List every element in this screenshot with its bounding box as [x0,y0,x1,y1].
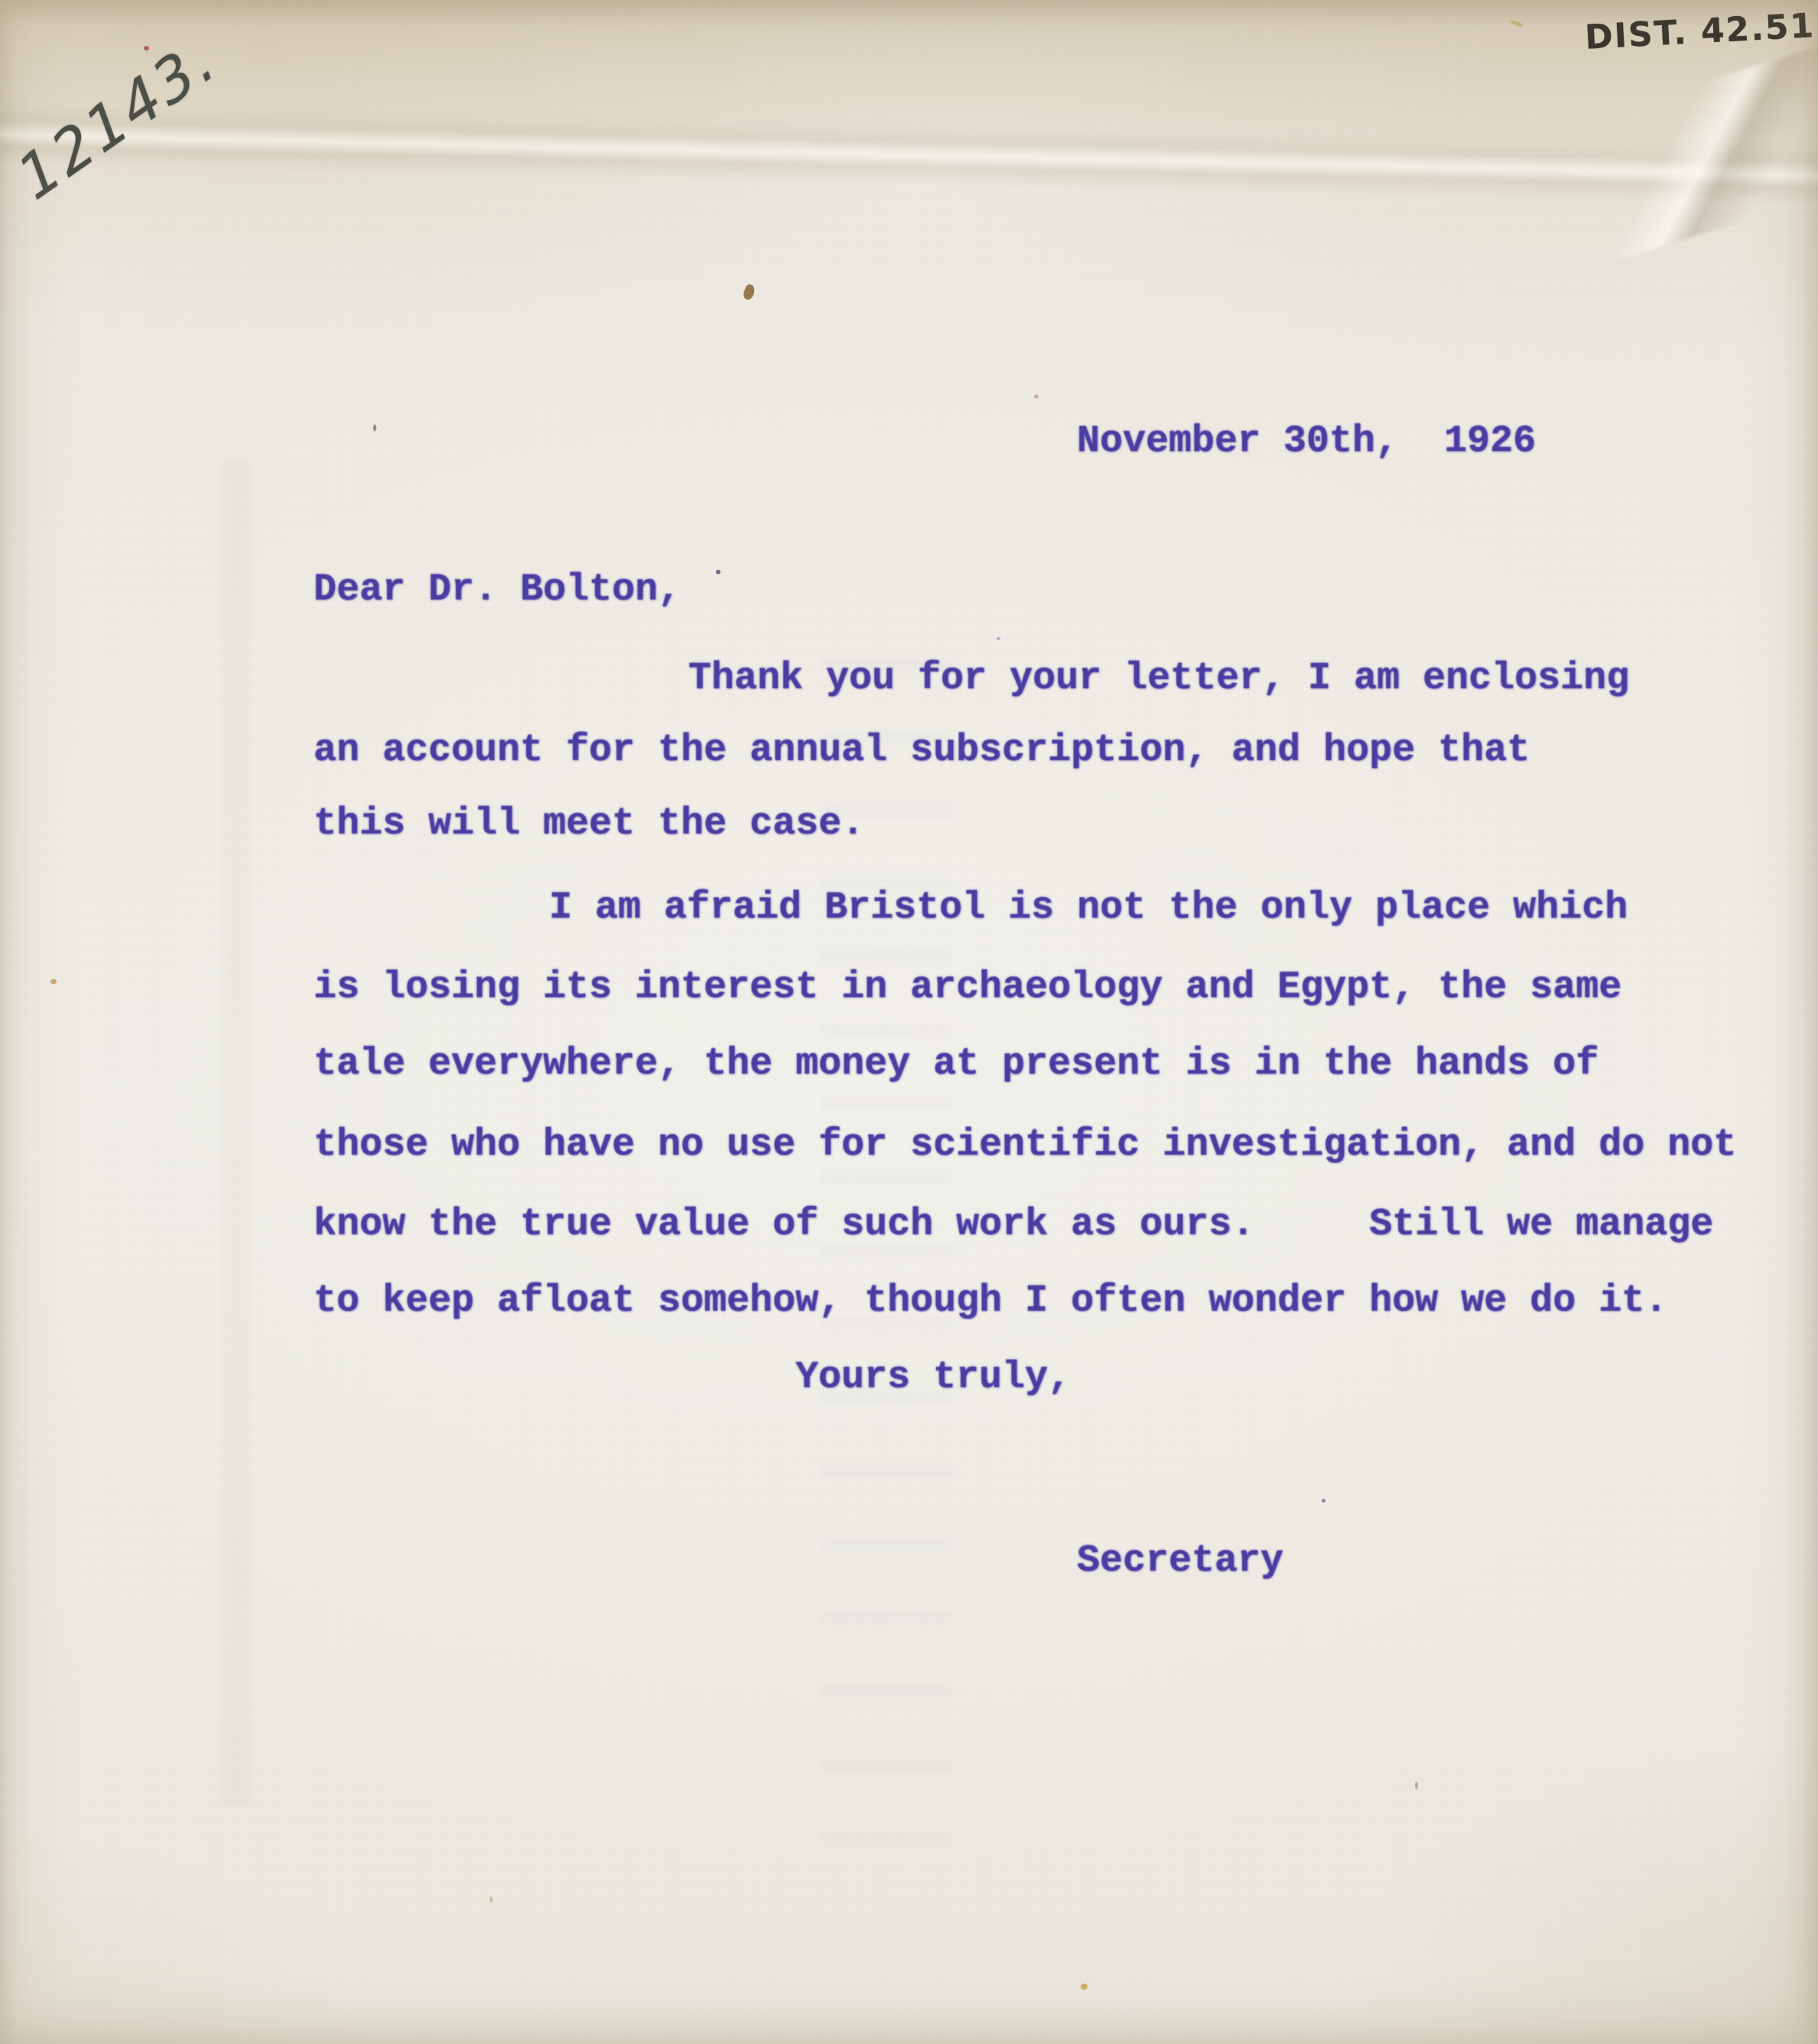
letter-line: is losing its interest in archaeology an… [314,965,1621,1011]
paper-speck [144,46,149,50]
faint-vertical-line [223,459,249,1805]
scanned-letter-page: 12143. DIST. 42.51 November 30th, 1926 D… [0,0,1818,2044]
horizontal-fold-crease [0,101,1818,205]
paper-speck [1511,19,1524,28]
catalog-number-annotation: 12143. [7,24,229,214]
letter-closing: Yours truly, [795,1355,1071,1401]
paper-speck [742,283,756,301]
file-reference-annotation: DIST. 42.51 [1584,6,1816,57]
letter-line: Thank you for your letter, I am enclosin… [688,656,1629,702]
letter-line: this will meet the case. [314,801,864,847]
paper-speck [716,570,720,574]
letter-line: tale everywhere, the money at present is… [314,1041,1598,1087]
paper-speck [1081,1984,1088,1990]
paper-speck [1322,1499,1325,1503]
top-right-corner-crease [1573,45,1818,260]
letter-date: November 30th, 1926 [1077,419,1536,465]
letter-line: those who have no use for scientific inv… [314,1123,1736,1168]
paper-speck [997,637,1000,640]
letter-line: to keep afloat somehow, though I often w… [314,1279,1667,1324]
top-shading-band [0,0,1818,168]
paper-speck [489,1896,493,1903]
letter-line: know the true value of such work as ours… [314,1202,1713,1248]
paper-grain-texture [0,0,1818,2044]
letter-line: I am afraid Bristol is not the only plac… [549,886,1628,931]
letter-salutation: Dear Dr. Bolton, [314,567,681,613]
paper-speck [1415,1782,1418,1789]
paper-speck [1034,395,1039,398]
letter-line: an account for the annual subscription, … [314,728,1530,774]
letter-signature: Secretary [1077,1539,1283,1584]
paper-speck [50,979,57,984]
paper-speck [373,424,376,431]
